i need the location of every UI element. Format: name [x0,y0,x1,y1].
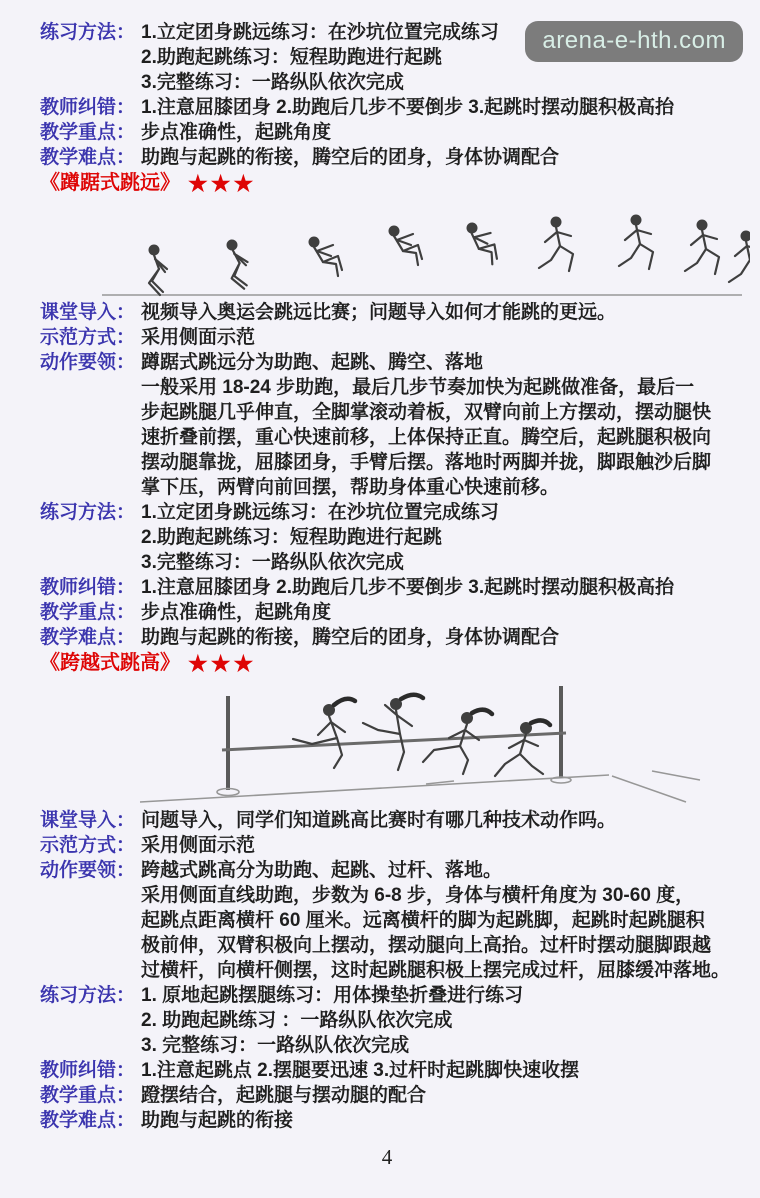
practice-item: 2. 助跑起跳练习 ：一路纵队依次完成 [141,1008,734,1033]
practice-item: 3.完整练习：一路纵队依次完成 [141,70,734,95]
row-teaching-difficulty: 教学难点： 助跑与起跳的衔接，腾空后的团身，身体协调配合 [40,145,734,170]
athlete-figure-running [685,220,719,275]
row-teaching-focus: 教学重点： 步点准确性，起跳角度 [40,120,734,145]
three-stars-rating-icon: ★★★ [188,651,256,676]
athlete-figure-flight [389,226,423,266]
document-page: arena-e-hth.com 练习方法： 1.立定团身跳远练习：在沙坑位置完成… [0,0,760,1198]
teacher-correction-label: 教师纠错： [40,575,141,600]
teacher-correction-label: 教师纠错： [40,95,141,120]
section-title-text: 《跨越式跳高》 [40,651,180,676]
focus-text: 步点准确性，起跳角度 [141,120,734,145]
practice-item: 3.完整练习：一路纵队依次完成 [141,550,734,575]
technique-line: 步起跳腿几乎伸直，全脚掌滚动着板，双臂向前上方摆动，摆动腿快 [141,400,734,425]
teaching-difficulty-label: 教学难点： [40,1108,141,1133]
technique-line: 采用侧面直线助跑，步数为 6-8 步，身体与横杆角度为 30-60 度， [141,883,734,908]
difficulty-text: 助跑与起跳的衔接，腾空后的团身，身体协调配合 [141,625,734,650]
technique-essentials-label: 动作要领： [40,858,141,883]
technique-line: 蹲踞式跳远分为助跑、起跳、腾空、落地 [141,350,734,375]
technique-line: 过横杆，向横杆侧摆，这时起跳腿积极上摆完成过杆，屈膝缓冲落地。 [141,958,734,983]
page-number: 4 [40,1145,734,1170]
demo-method-text: 采用侧面示范 [141,833,734,858]
ground-line [140,775,609,802]
high-jump-illustration [134,680,706,806]
teaching-difficulty-label: 教学难点： [40,145,141,170]
practice-methods-label: 练习方法： [40,500,141,525]
three-stars-rating-icon: ★★★ [188,171,256,196]
correction-text: 1.注意屈膝团身 2.助跑后几步不要倒步 3.起跳时摆动腿积极高抬 [141,575,734,600]
focus-text: 蹬摆结合，起跳腿与摆动腿的配合 [141,1083,734,1108]
teaching-difficulty-label: 教学难点： [40,625,141,650]
technique-line: 跨越式跳高分为助跑、起跳、过杆、落地。 [141,858,734,883]
row-practice-methods: 练习方法： 1.立定团身跳远练习：在沙坑位置完成练习 2.助跑起跳练习：短程助跑… [40,500,734,575]
class-intro-text: 问题导入，同学们知道跳高比赛时有哪几种技术动作吗。 [141,808,734,833]
row-teaching-difficulty: 教学难点： 助跑与起跳的衔接，腾空后的团身，身体协调配合 [40,625,734,650]
difficulty-text: 助跑与起跳的衔接 [141,1108,734,1133]
athlete-figure-flight [463,222,500,265]
row-technique-essentials: 动作要领： 跨越式跳高分为助跑、起跳、过杆、落地。 采用侧面直线助跑，步数为 6… [40,858,734,983]
focus-text: 步点准确性，起跳角度 [141,600,734,625]
athlete-figure-running [539,217,573,272]
athlete-figure-approach-run [495,720,550,776]
demo-method-label: 示范方式： [40,325,141,350]
long-jump-illustration [94,198,750,298]
athlete-figure-takeoff [423,710,492,774]
row-demo-method: 示范方式： 采用侧面示范 [40,325,734,350]
practice-item: 3. 完整练习：一路纵队依次完成 [141,1033,734,1058]
teacher-correction-label: 教师纠错： [40,1058,141,1083]
correction-text: 1.注意屈膝团身 2.助跑后几步不要倒步 3.起跳时摆动腿积极高抬 [141,95,734,120]
row-technique-essentials: 动作要领： 蹲踞式跳远分为助跑、起跳、腾空、落地 一般采用 18-24 步助跑，… [40,350,734,500]
athlete-figure-clearing-bar [293,699,355,768]
practice-item: 1.立定团身跳远练习：在沙坑位置完成练习 [141,500,734,525]
row-teaching-difficulty: 教学难点： 助跑与起跳的衔接 [40,1108,734,1133]
athlete-figure-running [619,215,653,270]
athlete-figure-landing [149,245,168,296]
correction-text: 1.注意起跳点 2.摆腿要迅速 3.过杆时起跳脚快速收摆 [141,1058,734,1083]
technique-line: 摆动腿靠拢，屈膝团身，手臂后摆。落地时两脚并拢，脚跟触沙后脚 [141,450,734,475]
row-class-intro: 课堂导入： 问题导入，同学们知道跳高比赛时有哪几种技术动作吗。 [40,808,734,833]
section-title-long-jump: 《蹲踞式跳远》 ★★★ [40,171,734,196]
athlete-figure-flight [309,237,343,277]
technique-line: 速折叠前摆，重心快速前移，上体保持正直。腾空后，起跳腿积极向 [141,425,734,450]
practice-methods-label: 练习方法： [40,20,141,45]
row-demo-method: 示范方式： 采用侧面示范 [40,833,734,858]
crossbar [222,733,566,750]
practice-item: 2.助跑起跳练习：短程助跑进行起跳 [141,525,734,550]
row-teacher-correction: 教师纠错： 1.注意屈膝团身 2.助跑后几步不要倒步 3.起跳时摆动腿积极高抬 [40,95,734,120]
technique-essentials-label: 动作要领： [40,350,141,375]
demo-method-label: 示范方式： [40,833,141,858]
technique-line: 起跳点距离横杆 60 厘米。远离横杆的脚为起跳脚，起跳时起跳腿积 [141,908,734,933]
class-intro-text: 视频导入奥运会跳远比赛；问题导入如何才能跳的更远。 [141,300,734,325]
technique-line: 一般采用 18-24 步助跑，最后几步节奏加快为起跳做准备，最后一 [141,375,734,400]
row-teaching-focus: 教学重点： 步点准确性，起跳角度 [40,600,734,625]
watermark-badge: arena-e-hth.com [525,21,743,62]
section-title-text: 《蹲踞式跳远》 [40,171,180,196]
row-practice-methods: 练习方法： 1. 原地起跳摆腿练习：用体操垫折叠进行练习 2. 助跑起跳练习 ：… [40,983,734,1058]
page-content: 练习方法： 1.立定团身跳远练习：在沙坑位置完成练习 2.助跑起跳练习：短程助跑… [0,0,760,1170]
row-class-intro: 课堂导入： 视频导入奥运会跳远比赛；问题导入如何才能跳的更远。 [40,300,734,325]
technique-line: 极前伸，双臂积极向上摆动，摆动腿向上高抬。过杆时摆动腿脚跟越 [141,933,734,958]
practice-item: 1. 原地起跳摆腿练习：用体操垫折叠进行练习 [141,983,734,1008]
technique-line: 掌下压，两臂向前回摆，帮助身体重心快速前移。 [141,475,734,500]
row-teacher-correction: 教师纠错： 1.注意起跳点 2.摆腿要迅速 3.过杆时起跳脚快速收摆 [40,1058,734,1083]
class-intro-label: 课堂导入： [40,808,141,833]
athlete-figure-landing [226,238,251,291]
difficulty-text: 助跑与起跳的衔接，腾空后的团身，身体协调配合 [141,145,734,170]
watermark-text: arena-e-hth.com [542,27,726,54]
teaching-focus-label: 教学重点： [40,1083,141,1108]
teaching-focus-label: 教学重点： [40,120,141,145]
class-intro-label: 课堂导入： [40,300,141,325]
row-teacher-correction: 教师纠错： 1.注意屈膝团身 2.助跑后几步不要倒步 3.起跳时摆动腿积极高抬 [40,575,734,600]
athlete-figure-running [729,231,750,286]
athlete-figure-kick-up [363,695,423,770]
section-title-high-jump: 《跨越式跳高》 ★★★ [40,651,734,676]
high-jump-post-left [226,696,230,790]
row-teaching-focus: 教学重点： 蹬摆结合，起跳腿与摆动腿的配合 [40,1083,734,1108]
demo-method-text: 采用侧面示范 [141,325,734,350]
practice-methods-label: 练习方法： [40,983,141,1008]
teaching-focus-label: 教学重点： [40,600,141,625]
